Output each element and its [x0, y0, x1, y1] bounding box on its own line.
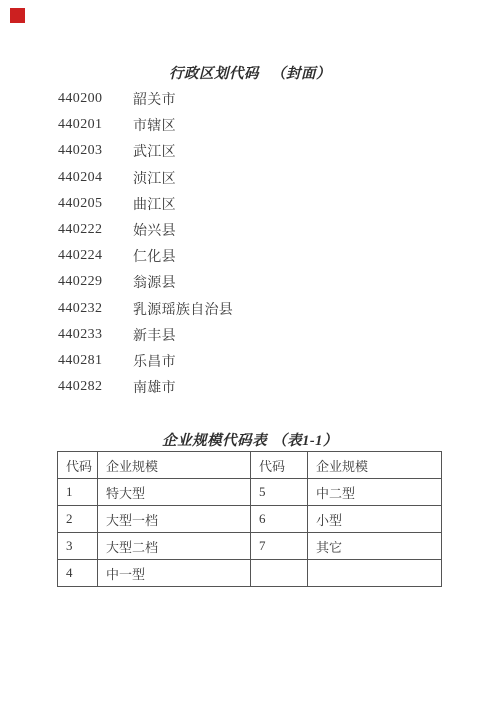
- table-cell: 大型一档: [98, 506, 251, 533]
- admin-region-name: 市辖区: [133, 115, 176, 135]
- admin-code: 440232: [58, 301, 133, 317]
- admin-region-name: 新丰县: [133, 325, 176, 345]
- admin-region-name: 乳源瑶族自治县: [133, 299, 233, 319]
- admin-code: 440281: [58, 353, 133, 369]
- table-cell: 特大型: [98, 479, 251, 506]
- table-cell: 3: [58, 533, 98, 560]
- admin-code-row: 440232乳源瑶族自治县: [58, 296, 233, 322]
- admin-region-name: 始兴县: [133, 220, 176, 240]
- admin-code-row: 440233新丰县: [58, 322, 233, 348]
- table-cell: 1: [58, 479, 98, 506]
- table-row: 3大型二档7其它: [58, 533, 442, 560]
- table-header-cell: 企业规模: [98, 452, 251, 479]
- admin-codes-title: 行政区划代码（封面）: [0, 62, 500, 83]
- red-square-icon: [10, 8, 25, 23]
- admin-region-name: 武江区: [133, 141, 176, 161]
- enterprise-table-title-suffix: （表1-1）: [272, 433, 338, 449]
- admin-code-row: 440282南雄市: [58, 374, 233, 400]
- admin-code: 440222: [58, 222, 133, 238]
- admin-code-row: 440201市辖区: [58, 112, 233, 138]
- document-page: 行政区划代码（封面） 440200韶关市440201市辖区440203武江区44…: [0, 0, 500, 707]
- admin-code: 440233: [58, 327, 133, 343]
- admin-code-row: 440281乐昌市: [58, 348, 233, 374]
- table-cell: 小型: [308, 506, 442, 533]
- table-cell: 4: [58, 560, 98, 587]
- admin-code-row: 440224仁化县: [58, 243, 233, 269]
- table-row: 2大型一档6小型: [58, 506, 442, 533]
- admin-region-name: 南雄市: [133, 377, 176, 397]
- admin-code: 440205: [58, 196, 133, 212]
- table-cell: 7: [251, 533, 308, 560]
- table-cell: 中二型: [308, 479, 442, 506]
- table-cell: 6: [251, 506, 308, 533]
- enterprise-table-title: 企业规模代码表（表1-1）: [0, 429, 500, 450]
- table-cell: [308, 560, 442, 587]
- admin-region-name: 仁化县: [133, 246, 176, 266]
- admin-code-row: 440200韶关市: [58, 86, 233, 112]
- table-header-cell: 企业规模: [308, 452, 442, 479]
- admin-code: 440224: [58, 248, 133, 264]
- admin-code: 440282: [58, 379, 133, 395]
- admin-region-name: 浈江区: [133, 168, 176, 188]
- table-cell: [251, 560, 308, 587]
- table-cell: 中一型: [98, 560, 251, 587]
- admin-code: 440203: [58, 143, 133, 159]
- admin-code: 440201: [58, 117, 133, 133]
- admin-region-name: 翁源县: [133, 272, 176, 292]
- table-cell: 其它: [308, 533, 442, 560]
- enterprise-table-title-text: 企业规模代码表: [162, 433, 267, 449]
- admin-codes-title-suffix: （封面）: [271, 66, 331, 82]
- admin-code-row: 440229翁源县: [58, 269, 233, 295]
- admin-code-list: 440200韶关市440201市辖区440203武江区440204浈江区4402…: [58, 86, 233, 400]
- admin-region-name: 韶关市: [133, 89, 176, 109]
- admin-code-row: 440205曲江区: [58, 191, 233, 217]
- table-row: 1特大型5中二型: [58, 479, 442, 506]
- admin-code: 440204: [58, 170, 133, 186]
- table-header-row: 代码企业规模代码企业规模: [58, 452, 442, 479]
- table-cell: 大型二档: [98, 533, 251, 560]
- admin-code-row: 440222始兴县: [58, 217, 233, 243]
- table-cell: 2: [58, 506, 98, 533]
- admin-region-name: 乐昌市: [133, 351, 176, 371]
- admin-region-name: 曲江区: [133, 194, 176, 214]
- table-header-cell: 代码: [58, 452, 98, 479]
- admin-code: 440200: [58, 91, 133, 107]
- table-row: 4中一型: [58, 560, 442, 587]
- admin-code-row: 440203武江区: [58, 138, 233, 164]
- admin-codes-title-text: 行政区划代码: [169, 66, 259, 82]
- table-header-cell: 代码: [251, 452, 308, 479]
- admin-code-row: 440204浈江区: [58, 165, 233, 191]
- table-cell: 5: [251, 479, 308, 506]
- enterprise-scale-table: 代码企业规模代码企业规模1特大型5中二型2大型一档6小型3大型二档7其它4中一型: [57, 451, 442, 587]
- admin-code: 440229: [58, 274, 133, 290]
